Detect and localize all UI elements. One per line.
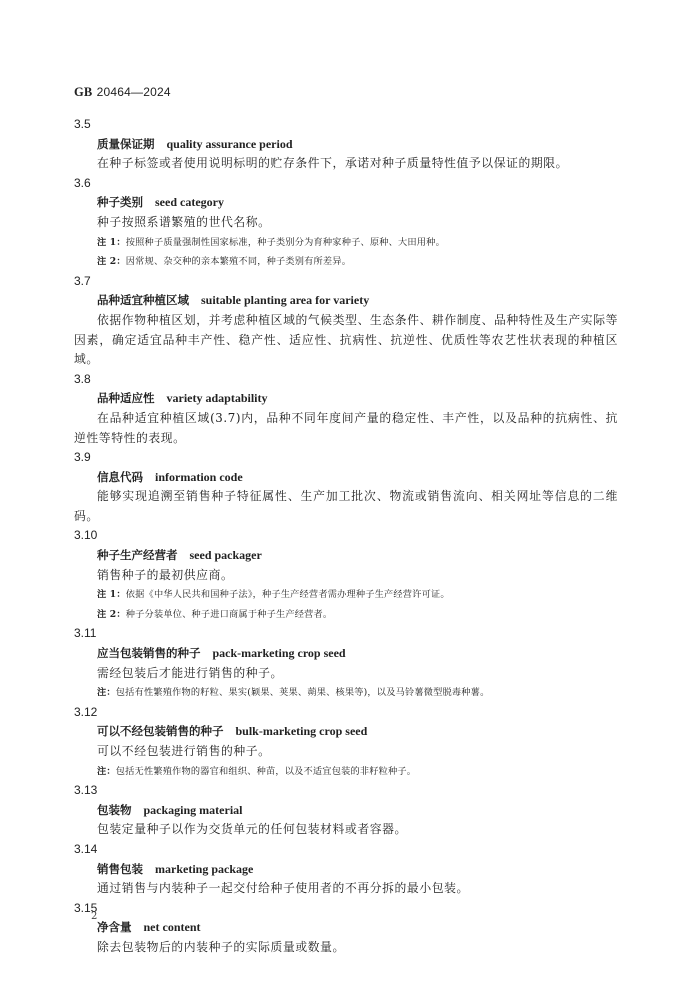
term-entry: 3.15净含量net content除去包装物后的内装种子的实际质量或数量。 (74, 899, 618, 958)
entry-term: 包装物packaging material (74, 801, 618, 821)
term-entry: 3.11应当包装销售的种子pack-marketing crop seed需经包… (74, 624, 618, 702)
entry-number: 3.10 (74, 526, 618, 546)
term-chinese: 信息代码 (97, 470, 143, 484)
term-chinese: 应当包装销售的种子 (97, 646, 201, 660)
term-chinese: 种子类别 (97, 195, 143, 209)
term-entry: 3.8品种适应性variety adaptability在品种适宜种植区域(3.… (74, 370, 618, 448)
entry-definition: 能够实现追溯至销售种子特征属性、生产加工批次、物流或销售流向、相关网址等信息的二… (74, 487, 618, 526)
entry-definition: 依据作物种植区划，并考虑种植区域的气候类型、生态条件、耕作制度、品种特性及生产实… (74, 311, 618, 370)
term-entry: 3.7品种适宜种植区域suitable planting area for va… (74, 272, 618, 370)
entry-number: 3.13 (74, 781, 618, 801)
note-text: 依据《中华人民共和国种子法》，种子生产经营者需办理种子生产经营许可证。 (126, 589, 450, 600)
term-entry: 3.14销售包装marketing package通过销售与内装种子一起交付给种… (74, 840, 618, 899)
entry-number: 3.9 (74, 448, 618, 468)
note-text: 种子分装单位、种子进口商属于种子生产经营者。 (126, 609, 333, 620)
entry-number: 3.6 (74, 174, 618, 194)
entry-term: 净含量net content (74, 918, 618, 938)
term-entry: 3.13包装物packaging material包装定量种子以作为交货单元的任… (74, 781, 618, 840)
term-english: bulk-marketing crop seed (236, 724, 368, 738)
note-label: 注 2： (97, 609, 126, 620)
entry-number: 3.8 (74, 370, 618, 390)
entry-term: 品种适宜种植区域suitable planting area for varie… (74, 291, 618, 311)
standard-header: GB 20464—2024 (74, 83, 171, 103)
entry-note: 注：包括有性繁殖作物的籽粒、果实(颖果、荚果、蒴果、核果等)，以及马铃薯微型脱毒… (74, 683, 618, 703)
entry-definition: 在品种适宜种植区域(3.7)内，品种不同年度间产量的稳定性、丰产性，以及品种的抗… (74, 409, 618, 448)
entry-definition: 除去包装物后的内装种子的实际质量或数量。 (74, 938, 618, 958)
entry-number: 3.12 (74, 703, 618, 723)
term-chinese: 种子生产经营者 (97, 548, 178, 562)
term-english: quality assurance period (167, 137, 293, 151)
entry-definition: 销售种子的最初供应商。 (74, 566, 618, 586)
note-text: 包括无性繁殖作物的器官和组织、种苗，以及不适宜包装的非籽粒种子。 (116, 766, 416, 777)
term-english: marketing package (155, 862, 253, 876)
note-label: 注 1： (97, 589, 126, 600)
term-chinese: 质量保证期 (97, 137, 155, 151)
term-english: variety adaptability (167, 391, 268, 405)
entry-definition: 需经包装后才能进行销售的种子。 (74, 664, 618, 684)
note-text: 包括有性繁殖作物的籽粒、果实(颖果、荚果、蒴果、核果等)，以及马铃薯微型脱毒种薯… (116, 687, 490, 698)
note-label: 注 2： (97, 256, 126, 267)
entry-term: 销售包装marketing package (74, 860, 618, 880)
term-english: pack-marketing crop seed (213, 646, 346, 660)
entry-term: 品种适应性variety adaptability (74, 389, 618, 409)
term-chinese: 可以不经包装销售的种子 (97, 724, 224, 738)
entry-number: 3.15 (74, 899, 618, 919)
term-entry: 3.10种子生产经营者seed packager销售种子的最初供应商。注 1：依… (74, 526, 618, 624)
entry-definition: 包装定量种子以作为交货单元的任何包装材料或者容器。 (74, 820, 618, 840)
entry-number: 3.5 (74, 115, 618, 135)
entry-number: 3.14 (74, 840, 618, 860)
standard-prefix: GB (74, 85, 92, 99)
entry-term: 信息代码information code (74, 468, 618, 488)
note-text: 因常规、杂交种的亲本繁殖不同，种子类别有所差异。 (126, 256, 351, 267)
entry-number: 3.11 (74, 624, 618, 644)
term-chinese: 净含量 (97, 920, 132, 934)
term-entry: 3.5质量保证期quality assurance period在种子标签或者使… (74, 115, 618, 174)
term-english: information code (155, 470, 243, 484)
entry-definition: 种子按照系谱繁殖的世代名称。 (74, 213, 618, 233)
entry-term: 可以不经包装销售的种子bulk-marketing crop seed (74, 722, 618, 742)
terms-definitions-list: 3.5质量保证期quality assurance period在种子标签或者使… (74, 115, 618, 958)
term-english: net content (144, 920, 201, 934)
entry-definition: 可以不经包装进行销售的种子。 (74, 742, 618, 762)
term-entry: 3.9信息代码information code能够实现追溯至销售种子特征属性、生… (74, 448, 618, 526)
entry-definition: 通过销售与内装种子一起交付给种子使用者的不再分拆的最小包装。 (74, 879, 618, 899)
term-english: seed packager (190, 548, 262, 562)
entry-note: 注 1：按照种子质量强制性国家标准，种子类别分为育种家种子、原种、大田用种。 (74, 233, 618, 253)
term-entry: 3.12可以不经包装销售的种子bulk-marketing crop seed可… (74, 703, 618, 781)
term-chinese: 品种适宜种植区域 (97, 293, 189, 307)
entry-term: 种子生产经营者seed packager (74, 546, 618, 566)
term-english: seed category (155, 195, 224, 209)
note-text: 按照种子质量强制性国家标准，种子类别分为育种家种子、原种、大田用种。 (126, 237, 445, 248)
entry-note: 注：包括无性繁殖作物的器官和组织、种苗，以及不适宜包装的非籽粒种子。 (74, 762, 618, 782)
term-english: packaging material (144, 803, 243, 817)
entry-note: 注 2：种子分装单位、种子进口商属于种子生产经营者。 (74, 605, 618, 625)
entry-note: 注 2：因常规、杂交种的亲本繁殖不同，种子类别有所差异。 (74, 252, 618, 272)
entry-definition: 在种子标签或者使用说明标明的贮存条件下，承诺对种子质量特性值予以保证的期限。 (74, 154, 618, 174)
entry-term: 质量保证期quality assurance period (74, 135, 618, 155)
standard-number: 20464—2024 (97, 85, 171, 99)
entry-term: 种子类别seed category (74, 193, 618, 213)
entry-term: 应当包装销售的种子pack-marketing crop seed (74, 644, 618, 664)
note-label: 注： (97, 766, 116, 777)
page-number: 2 (91, 911, 97, 922)
term-chinese: 品种适应性 (97, 391, 155, 405)
note-label: 注 1： (97, 237, 126, 248)
term-english: suitable planting area for variety (201, 293, 369, 307)
note-label: 注： (97, 687, 116, 698)
term-chinese: 销售包装 (97, 862, 143, 876)
entry-note: 注 1：依据《中华人民共和国种子法》，种子生产经营者需办理种子生产经营许可证。 (74, 585, 618, 605)
term-entry: 3.6种子类别seed category种子按照系谱繁殖的世代名称。注 1：按照… (74, 174, 618, 272)
entry-number: 3.7 (74, 272, 618, 292)
term-chinese: 包装物 (97, 803, 132, 817)
